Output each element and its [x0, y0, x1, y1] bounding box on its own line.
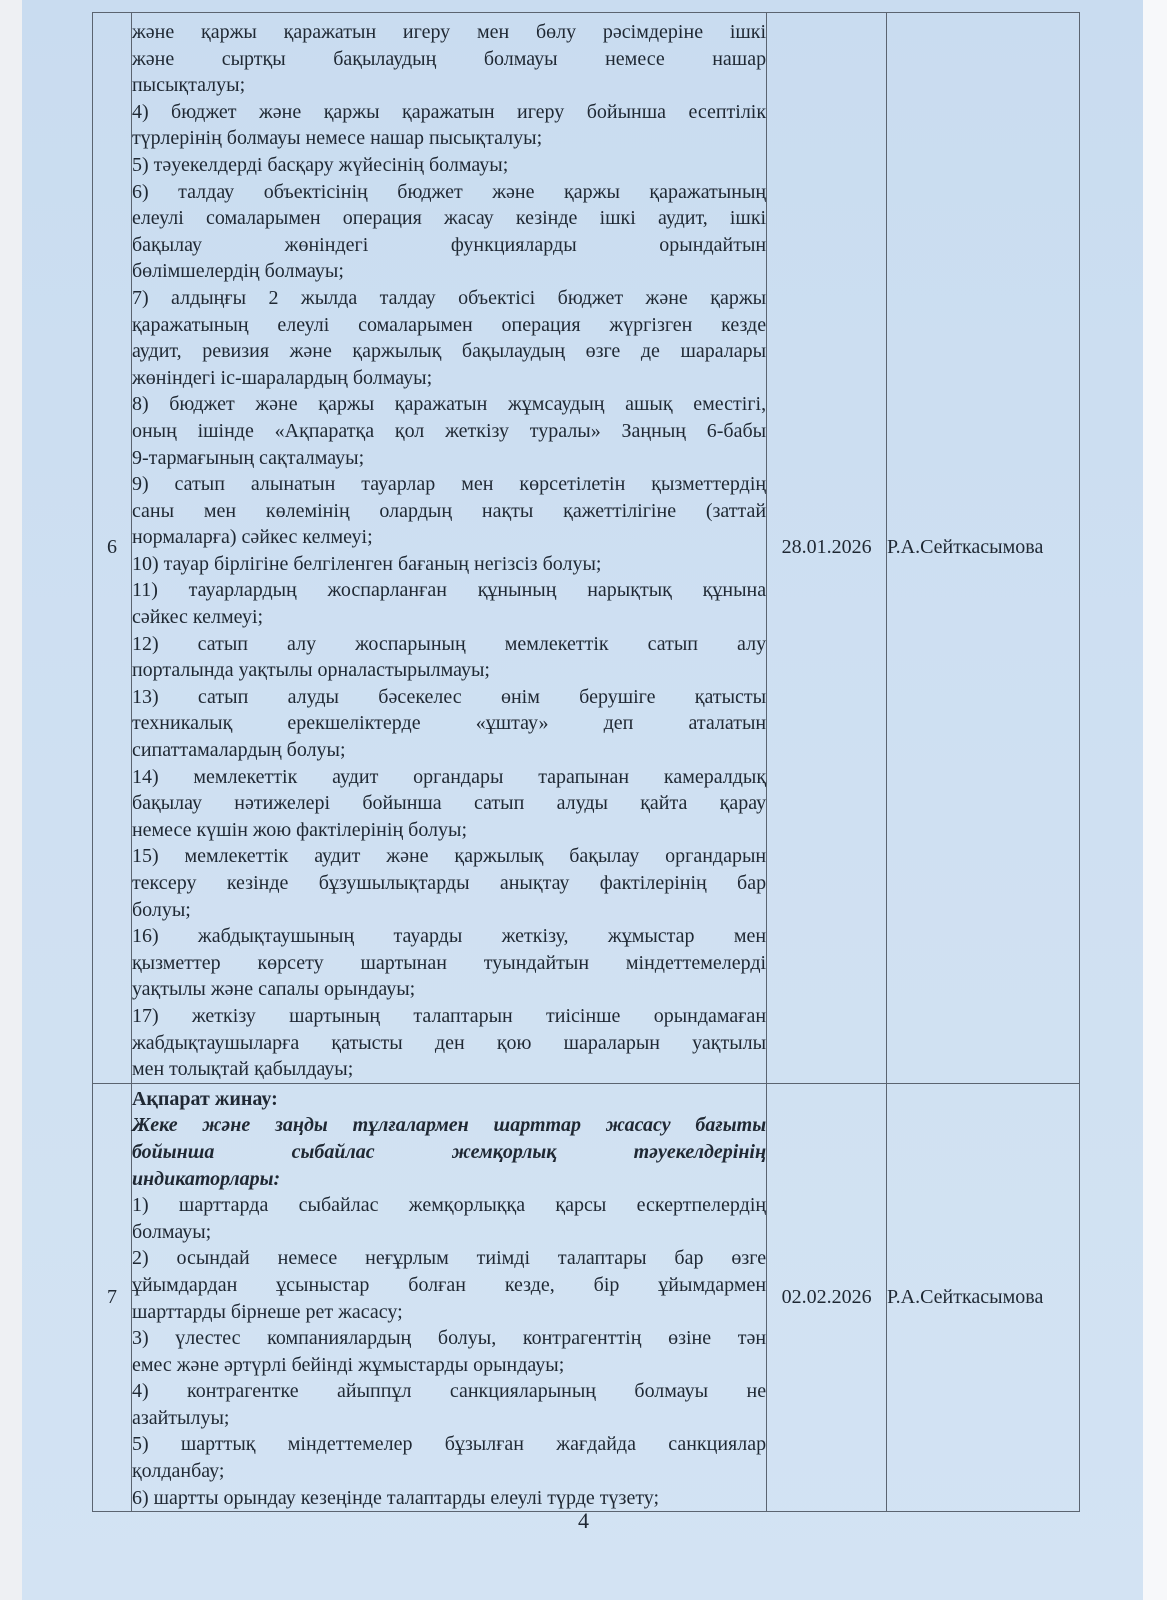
row-date: 02.02.2026 [767, 1083, 887, 1512]
page-number: 4 [0, 1508, 1167, 1534]
content-line: 4) бюджет және қаржы қаражатын игеру бой… [132, 99, 766, 126]
content-line: 8) бюджет және қаржы қаражатын жұмсаудың… [132, 391, 766, 418]
content-line: нормаларға) сәйкес келмеуі; [132, 524, 766, 551]
content-line: сәйкес келмеуі; [132, 604, 766, 631]
content-line: саны мен көлемінің олардың нақты қажетті… [132, 498, 766, 525]
content-line: 17) жеткізу шартының талаптарын тиісінше… [132, 1003, 766, 1030]
content-line: тексеру кезінде бұзушылықтарды анықтау ф… [132, 870, 766, 897]
content-line: болуы; [132, 897, 766, 924]
content-line: аудит, ревизия және қаржылық бақылаудың … [132, 338, 766, 365]
content-line: азайтылуы; [132, 1405, 766, 1432]
content-line: 5) тәуекелдерді басқару жүйесінің болмау… [132, 152, 766, 179]
row-number: 6 [93, 13, 132, 1084]
risk-indicators-table: 6 және қаржы қаражатын игеру мен бөлу рә… [92, 12, 1080, 1512]
content-line: жабдықтаушыларға қатысты ден қою шаралар… [132, 1030, 766, 1057]
row-content: Ақпарат жинау:Жеке және заңды тұлғаларме… [131, 1083, 766, 1512]
content-line: 4) контрагентке айыппұл санкцияларының б… [132, 1378, 766, 1405]
content-line: немесе күшін жою фактілерінің болуы; [132, 817, 766, 844]
row-responsible: Р.А.Сейткасымова [887, 13, 1080, 1084]
content-line: сипаттамалардың болуы; [132, 737, 766, 764]
content-line: Жеке және заңды тұлғалармен шарттар жаса… [132, 1112, 766, 1139]
content-line: 13) сатып алуды бәсекелес өнім берушіге … [132, 684, 766, 711]
content-line: 9-тармағының сақталмауы; [132, 445, 766, 472]
content-line: уақтылы және сапалы орындауы; [132, 976, 766, 1003]
content-line: 12) сатып алу жоспарының мемлекеттік сат… [132, 631, 766, 658]
content-line: 15) мемлекеттік аудит және қаржылық бақы… [132, 843, 766, 870]
content-line: елеулі сомаларымен операция жасау кезінд… [132, 205, 766, 232]
content-line: шарттарды бірнеше рет жасасу; [132, 1299, 766, 1326]
content-line: пысықталуы; [132, 72, 766, 99]
content-line: 16) жабдықтаушының тауарды жеткізу, жұмы… [132, 923, 766, 950]
content-line: 3) үлестес компаниялардың болуы, контраг… [132, 1325, 766, 1352]
content-line: түрлерінің болмауы немесе нашар пысықтал… [132, 125, 766, 152]
table-row: 7 Ақпарат жинау:Жеке және заңды тұлғалар… [93, 1083, 1080, 1512]
content-line: 9) сатып алынатын тауарлар мен көрсетіле… [132, 471, 766, 498]
row-responsible: Р.А.Сейткасымова [887, 1083, 1080, 1512]
content-line: мен толықтай қабылдауы; [132, 1056, 766, 1083]
content-line: 7) алдыңғы 2 жылда талдау объектісі бюдж… [132, 285, 766, 312]
content-line: 1) шарттарда сыбайлас жемқорлыққа қарсы … [132, 1192, 766, 1219]
content-line: бөлімшелердің болмауы; [132, 258, 766, 285]
photo-margin-left [0, 0, 22, 1600]
row-content: және қаржы қаражатын игеру мен бөлу рәсі… [131, 13, 766, 1084]
content-line: бойынша сыбайлас жемқорлық тәуекелдеріні… [132, 1139, 766, 1166]
row-date: 28.01.2026 [767, 13, 887, 1084]
table-row: 6 және қаржы қаражатын игеру мен бөлу рә… [93, 13, 1080, 1084]
content-line: бақылау жөніндегі функцияларды орындайты… [132, 232, 766, 259]
content-line: бақылау нәтижелері бойынша сатып алуды қ… [132, 790, 766, 817]
photo-margin-right [1143, 0, 1167, 1600]
content-line: оның ішінде «Ақпаратқа қол жеткізу турал… [132, 418, 766, 445]
content-line: 2) осындай немесе неғұрлым тиімді талапт… [132, 1245, 766, 1272]
content-line: 14) мемлекеттік аудит органдары тарапына… [132, 764, 766, 791]
content-line: 6) талдау объектісінің бюджет және қаржы… [132, 179, 766, 206]
content-line: 10) тауар бірлігіне белгіленген бағаның … [132, 551, 766, 578]
content-line: Ақпарат жинау: [132, 1086, 766, 1113]
content-lines: Ақпарат жинау:Жеке және заңды тұлғаларме… [132, 1086, 766, 1512]
content-line: және сыртқы бақылаудың болмауы немесе на… [132, 46, 766, 73]
content-line: индикаторлары: [132, 1166, 766, 1193]
content-line: 5) шарттық міндеттемелер бұзылған жағдай… [132, 1431, 766, 1458]
content-line: болмауы; [132, 1219, 766, 1246]
row-number: 7 [93, 1083, 132, 1512]
content-lines: және қаржы қаражатын игеру мен бөлу рәсі… [132, 19, 766, 1083]
content-line: қызметтер көрсету шартынан туындайтын мі… [132, 950, 766, 977]
content-line: порталында уақтылы орналастырылмауы; [132, 657, 766, 684]
content-line: қолданбау; [132, 1458, 766, 1485]
content-line: 11) тауарлардың жоспарланған құнының нар… [132, 577, 766, 604]
content-line: жөніндегі іс-шаралардың болмауы; [132, 365, 766, 392]
content-line: және қаржы қаражатын игеру мен бөлу рәсі… [132, 19, 766, 46]
content-line: техникалық ерекшеліктерде «ұштау» деп ат… [132, 710, 766, 737]
content-line: қаражатының елеулі сомаларымен операция … [132, 312, 766, 339]
content-line: ұйымдардан ұсыныстар болған кезде, бір ұ… [132, 1272, 766, 1299]
content-line: емес және әртүрлі бейінді жұмыстарды оры… [132, 1352, 766, 1379]
